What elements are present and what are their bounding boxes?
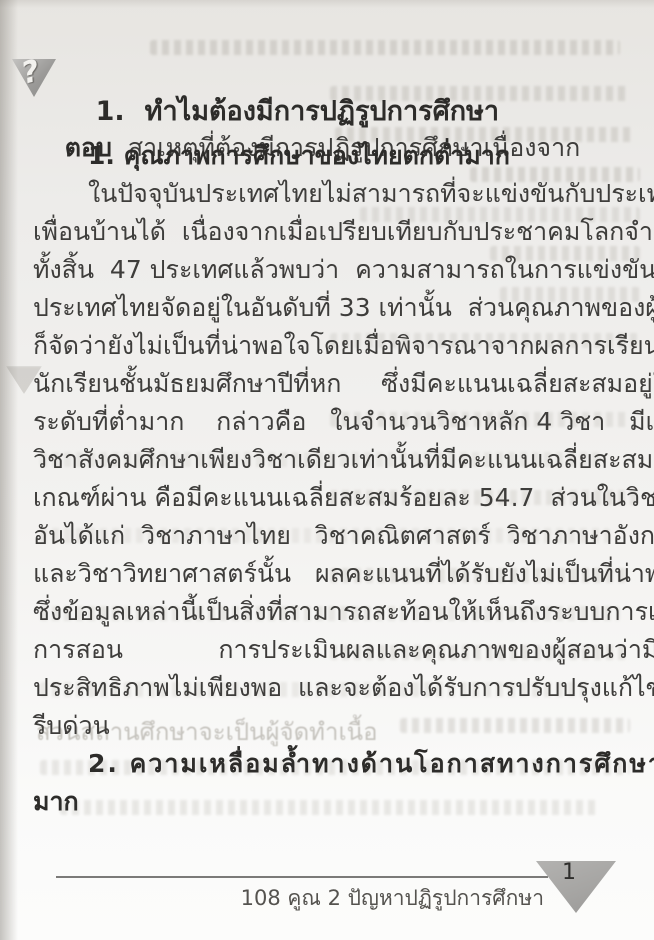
question-mark-triangle-icon: ? [12, 59, 56, 97]
body-line: ระดับที่ต่ำมาก กล่าวคือ ในจำนวนวิชาหลัก … [33, 403, 633, 441]
body-line: วิชาสังคมศึกษาเพียงวิชาเดียวเท่านั้นที่ม… [33, 441, 633, 479]
scan-top-shadow [0, 0, 654, 8]
footer-rule [56, 876, 548, 878]
scan-edge-shadow [0, 0, 18, 940]
body-line: อันได้แก่ วิชาภาษาไทย วิชาคณิตศาสตร์ วิช… [33, 517, 633, 555]
footer-book-title: 108 คูณ 2 ปัญหาปฏิรูปการศึกษา [241, 882, 544, 915]
page-number: 1 [562, 860, 576, 885]
body-line: ประสิทธิภาพไม่เพียงพอ และจะต้องได้รับการ… [33, 669, 633, 707]
body-line: เกณฑ์ผ่าน คือมีคะแนนเฉลี่ยสะสมร้อยละ 54.… [33, 479, 633, 517]
body-line: การสอน การประเมินผลและคุณภาพของผู้สอนว่า… [33, 631, 633, 669]
scanned-book-page: ส่วนสถานศึกษาจะเป็นผู้จัดทำเนื้อ ? 1.ทำไ… [0, 0, 654, 940]
body-line: และวิชาวิทยาศาสตร์นั้น ผลคะแนนที่ได้รับย… [33, 555, 633, 593]
section-heading-2: 2. ความเหลื่อมล้ำทางด้านโอกาสทางการศึกษา… [33, 745, 633, 783]
body-text-column: 1. คุณภาพการศึกษาของไทยตกต่ำมาก ในปัจจุบ… [33, 137, 633, 821]
body-line: ประเทศไทยจัดอยู่ในอันดับที่ 33 เท่านั้น … [33, 289, 633, 327]
body-line: รีบด่วน [33, 707, 633, 745]
bleedthrough-artifact [150, 40, 620, 55]
body-line: ในปัจจุบันประเทศไทยไม่สามารถที่จะแข่งขัน… [33, 175, 633, 213]
body-line: มาก [33, 783, 633, 821]
question-mark-glyph: ? [18, 53, 43, 91]
body-line: ทั้งสิ้น 47 ประเทศแล้วพบว่า ความสามารถใน… [33, 251, 633, 289]
body-line: ซึ่งข้อมูลเหล่านี้เป็นสิ่งที่สามารถสะท้อ… [33, 593, 633, 631]
section-heading-1: 1. คุณภาพการศึกษาของไทยตกต่ำมาก [33, 137, 633, 175]
body-line: เพื่อนบ้านได้ เนื่องจากเมื่อเปรียบเทียบก… [33, 213, 633, 251]
page-number-triangle [536, 861, 616, 913]
body-line: ก็จัดว่ายังไม่เป็นที่น่าพอใจโดยเมื่อพิจา… [33, 327, 633, 365]
body-line: นักเรียนชั้นมัธยมศึกษาปีที่หก ซึ่งมีคะแน… [33, 365, 633, 403]
